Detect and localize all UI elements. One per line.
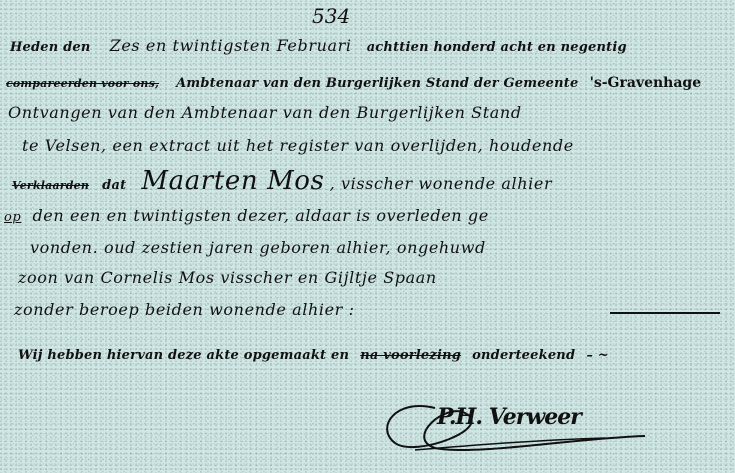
record-number: 534 [312, 4, 350, 28]
line-parents: zoon van Cornelis Mos visscher en Gijltj… [18, 268, 437, 287]
place-name: 's-Gravenhage [590, 75, 702, 91]
signature: P.H. Verweer [375, 388, 650, 460]
trail-marks: – ~ [586, 348, 609, 363]
printed-closing: Wij hebben hiervan deze akte opgemaakt e… [18, 348, 349, 363]
document-page: 534 Heden den Zes en twintigsten Februar… [0, 0, 735, 473]
printed-text: dat [102, 178, 126, 193]
line-age: vonden. oud zestien jaren geboren alhier… [30, 238, 486, 257]
line-date: Heden den Zes en twintigsten Februari ac… [10, 36, 627, 55]
printed-signed: onderteekend [472, 348, 575, 363]
struck-text: Verklaarden [12, 179, 89, 192]
line-received: Ontvangen van den Ambtenaar van den Burg… [8, 103, 522, 122]
handwritten-date: Zes en twintigsten Februari [110, 36, 352, 55]
line-closing: Wij hebben hiervan deze akte opgemaakt e… [18, 344, 609, 363]
line-extract: te Velsen, een extract uit het register … [22, 136, 574, 155]
struck-text: na voorlezing [360, 348, 461, 363]
deceased-name: Maarten Mos [141, 166, 324, 196]
line-official: compareerden voor ons, Ambtenaar van den… [6, 72, 701, 91]
printed-official: Ambtenaar van den Burgerlijken Stand der… [176, 76, 578, 91]
signature-text: P.H. Verweer [437, 404, 581, 430]
line-date-death: op den een en twintigsten dezer, aldaar … [4, 206, 489, 225]
struck-text: op [4, 210, 21, 225]
handwritten-text: den een en twintigsten dezer, aldaar is … [32, 206, 488, 225]
handwritten-text: , visscher wonende alhier [330, 174, 553, 193]
printed-year: achttien honderd acht en negentig [367, 40, 627, 55]
struck-text: compareerden voor ons, [6, 77, 159, 90]
closing-rule [610, 312, 720, 314]
line-declared: Verklaarden dat Maarten Mos , visscher w… [12, 166, 552, 196]
line-residence: zonder beroep beiden wonende alhier : [14, 300, 355, 319]
printed-text: Heden den [10, 40, 91, 55]
